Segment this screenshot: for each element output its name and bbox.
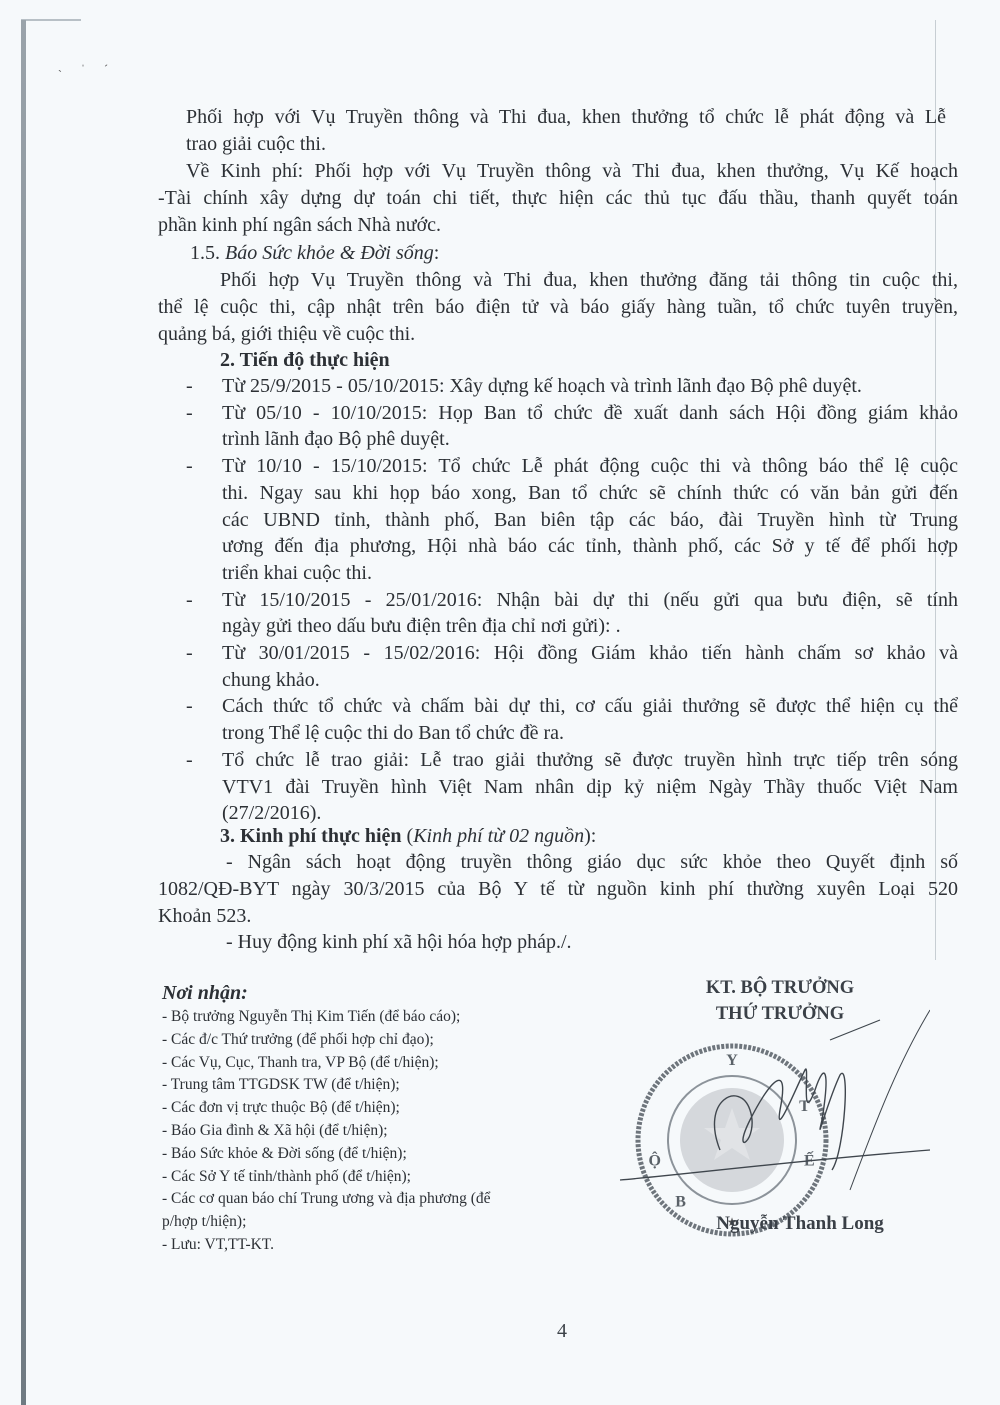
recipient-item: - Các Sở Y tế tỉnh/thành phố (để t/hiện)… — [162, 1166, 491, 1189]
bullet-dash: - — [186, 400, 193, 427]
paragraph-line: - Huy động kinh phí xã hội hóa hợp pháp.… — [226, 929, 572, 956]
paren: ( — [402, 825, 414, 847]
bullet-dash: - — [186, 640, 193, 667]
section-title: Báo Sức khỏe & Đời sống — [225, 242, 434, 264]
paragraph-line: -Tài chính xây dựng dự toán chi tiết, th… — [158, 185, 958, 212]
bullet-dash: - — [186, 693, 193, 720]
recipient-item: - Các đ/c Thứ trưởng (để phối hợp chỉ đạ… — [162, 1029, 491, 1052]
schedule-item-line: Cách thức tổ chức và chấm bài dự thi, cơ… — [222, 693, 958, 720]
section-3-heading: 3. Kinh phí thực hiện (Kinh phí từ 02 ng… — [220, 823, 596, 850]
recipient-item: - Lưu: VT,TT-KT. — [162, 1234, 491, 1257]
schedule-item-line: ương đến địa phương, Hội nhà báo các tỉn… — [222, 533, 958, 560]
schedule-item-line: Từ 10/10 - 15/10/2015: Tổ chức Lễ phát đ… — [222, 453, 958, 480]
schedule-item-line: VTV1 đài Truyền hình Việt Nam nhân dịp k… — [222, 774, 958, 801]
paragraph-line: 1082/QĐ-BYT ngày 30/3/2015 của Bộ Y tế t… — [158, 876, 958, 903]
recipient-item: - Báo Gia đình & Xã hội (để t/hiện); — [162, 1120, 491, 1143]
recipient-item: - Các cơ quan báo chí Trung ương và địa … — [162, 1188, 491, 1211]
schedule-item-line: trình lãnh đạo Bộ phê duyệt. — [222, 426, 450, 453]
section-1-5-heading: 1.5. Báo Sức khỏe & Đời sống: — [190, 240, 439, 267]
paragraph-line: Phối hợp với Vụ Truyền thông và Thi đua,… — [186, 104, 946, 131]
schedule-item-line: chung khảo. — [222, 667, 320, 694]
colon: : — [434, 242, 440, 264]
heading-italic: Kinh phí từ 02 nguồn — [413, 825, 584, 847]
paragraph-line: thể lệ cuộc thi, cập nhật trên báo điện … — [158, 294, 958, 321]
section-number: 1.5. — [190, 242, 220, 264]
schedule-item-line: ngày gửi theo dấu bưu điện trên địa chỉ … — [222, 613, 621, 640]
bullet-dash: - — [186, 373, 193, 400]
bullet-dash: - — [186, 453, 193, 480]
section-2-heading: 2. Tiến độ thực hiện — [220, 347, 390, 374]
paragraph-line: trao giải cuộc thi. — [186, 131, 326, 158]
scan-edge-top — [21, 19, 81, 21]
schedule-item-line: Từ 05/10 - 10/10/2015: Họp Ban tổ chức đ… — [222, 400, 958, 427]
paragraph-line: Về Kinh phí: Phối hợp với Vụ Truyền thôn… — [186, 158, 958, 185]
bullet-dash: - — [186, 587, 193, 614]
recipient-item: p/hợp t/hiện); — [162, 1211, 491, 1234]
schedule-item-line: Từ 30/01/2015 - 15/02/2016: Hội đồng Giá… — [222, 640, 958, 667]
recipient-item: - Báo Sức khỏe & Đời sống (để t/hiện); — [162, 1143, 491, 1166]
signer-title-1: KT. BỘ TRƯỞNG — [660, 975, 900, 1001]
bullet-dash: - — [186, 747, 193, 774]
page-number: 4 — [557, 1320, 567, 1343]
paragraph-line: Khoản 523. — [158, 903, 251, 930]
schedule-item-line: các UBND tỉnh, thành phố, Ban biên tập c… — [222, 507, 958, 534]
heading-bold: 3. Kinh phí thực hiện — [220, 825, 402, 847]
schedule-item-line: thi. Ngay sau khi họp báo xong, Ban tổ c… — [222, 480, 958, 507]
signature-block: KT. BỘ TRƯỞNG THỨ TRƯỞNG Nguyễn Thanh Lo… — [660, 975, 900, 1027]
recipient-item: - Các Vụ, Cục, Thanh tra, VP Bộ (để t/hi… — [162, 1052, 491, 1075]
paragraph-line: - Ngân sách hoạt động truyền thông giáo … — [226, 849, 958, 876]
scan-specks: ˴ ˈ ˊ — [58, 62, 116, 77]
recipient-item: - Các đơn vị trực thuộc Bộ (để t/hiện); — [162, 1097, 491, 1120]
recipient-item: - Trung tâm TTGDSK TW (để t/hiện); — [162, 1074, 491, 1097]
schedule-item-line: Tổ chức lễ trao giải: Lễ trao giải thưởn… — [222, 747, 958, 774]
paragraph-line: Phối hợp Vụ Truyền thông và Thi đua, khe… — [220, 267, 958, 294]
signature-icon — [600, 1000, 930, 1230]
recipient-item: - Bộ trưởng Nguyễn Thị Kim Tiến (để báo … — [162, 1006, 491, 1029]
schedule-item-line: trong Thể lệ cuộc thi do Ban tổ chức đề … — [222, 720, 564, 747]
schedule-item-line: triển khai cuộc thi. — [222, 560, 372, 587]
signer-title-2: THỨ TRƯỞNG — [660, 1001, 900, 1027]
schedule-item-line: Từ 25/9/2015 - 05/10/2015: Xây dựng kế h… — [222, 373, 862, 400]
scan-edge-left — [21, 20, 26, 1405]
recipients-block: Nơi nhận: - Bộ trưởng Nguyễn Thị Kim Tiế… — [162, 980, 491, 1257]
paragraph-line: phần kinh phí ngân sách Nhà nước. — [158, 212, 441, 239]
signer-name: Nguyễn Thanh Long — [690, 1213, 910, 1235]
paragraph-line: quảng bá, giới thiệu về cuộc thi. — [158, 321, 415, 348]
recipients-title: Nơi nhận: — [162, 980, 491, 1006]
recipient-list: - Bộ trưởng Nguyễn Thị Kim Tiến (để báo … — [162, 1006, 491, 1257]
schedule-item-line: Từ 15/10/2015 - 25/01/2016: Nhận bài dự … — [222, 587, 958, 614]
paren: ): — [584, 825, 596, 847]
